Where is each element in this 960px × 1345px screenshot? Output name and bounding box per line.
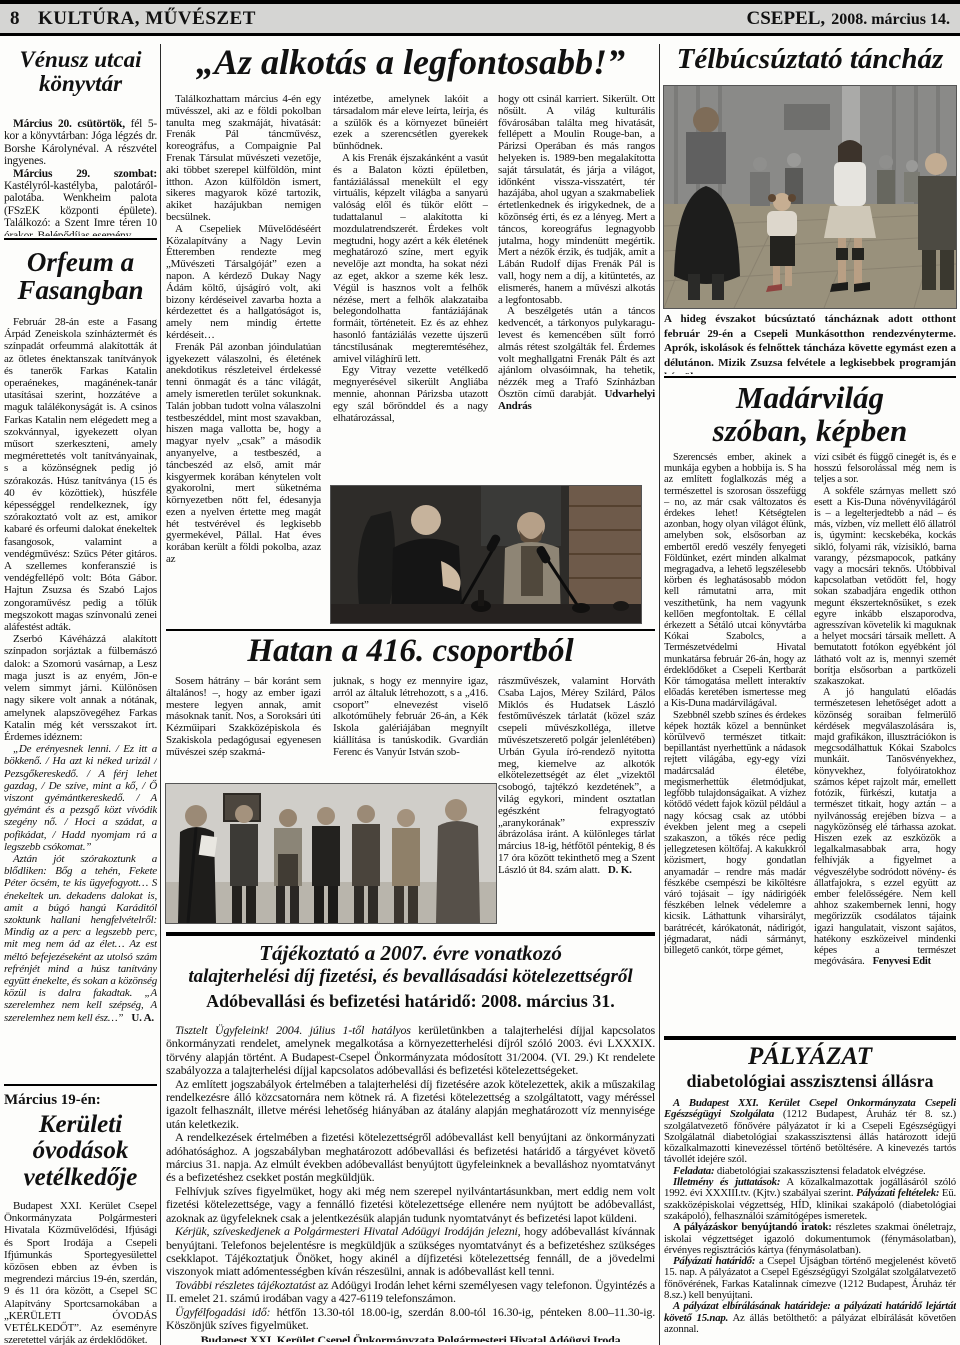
article-paragraph: Szebbnél szebb színes és érdekes képek h… — [664, 710, 806, 956]
closing-line: Köszönjük szíves figyelmüket. — [166, 1318, 309, 1332]
birdworld-title-line1: Madárvilág — [736, 380, 884, 415]
rule-thick — [664, 1036, 956, 1040]
newspaper-page: 8KULTÚRA, MŰVÉSZET CSEPEL,2008. március … — [0, 0, 960, 1345]
tax-deadline-subtitle: Adóbevallási és befizetési határidő: 200… — [166, 992, 655, 1011]
main-article-col2: intézetbe, amelynek lakóit a társadalom … — [333, 94, 488, 476]
notice-paragraph: Felhívjuk szíves figyelmüket, hogy aki m… — [166, 1185, 655, 1225]
dancehouse-photo — [664, 86, 956, 308]
job-lead: Pályázati feltételek: — [856, 1187, 939, 1199]
orfeum-quote: „De erényesnek lenni. / Ez itt a bökkenő… — [4, 743, 157, 853]
ovodasok-title-line2: óvodások — [33, 1137, 129, 1164]
job-lead: A pályázáskor benyújtandó iratok: — [673, 1221, 832, 1233]
job-ad-body: A Budapest XXI. Kerület Csepel Önkormány… — [664, 1098, 956, 1345]
notice-paragraph: A rendelkezések értelmében a fizetési kö… — [166, 1131, 655, 1185]
rule — [166, 629, 655, 631]
tax-office-signature: Budapest XXI. Kerület Csepel Önkormányza… — [166, 1334, 655, 1342]
section-title: 8KULTÚRA, MŰVÉSZET — [10, 8, 256, 30]
article-paragraph: Szerencsés ember, akinek a munkája egybe… — [664, 452, 806, 710]
article-paragraph: A beszélgetés után a táncos kedvencét, a… — [498, 305, 655, 400]
hatan-col2: juknak, s hogy ez mennyire igaz, arról a… — [333, 676, 488, 774]
ovodasok-title-line1: Kerületi — [39, 1111, 122, 1138]
orfeum-paragraph: Február 28-án este a Fasang Árpád Zeneis… — [4, 316, 157, 633]
rule-thick — [166, 932, 655, 936]
event-text-2: Kastélyról-kastélyba, palotáról-palotába… — [4, 180, 157, 236]
job-ad-title-line1: PÁLYÁZAT — [664, 1044, 956, 1070]
article-paragraph: Frenák Pál azonban jóindulatúan igyekeze… — [166, 342, 321, 566]
orfeum-body: Február 28-án este a Fasang Árpád Zeneis… — [4, 316, 157, 1078]
article-paragraph: Sosem hátrány – bár koránt sem általános… — [166, 676, 321, 759]
office-hours-label: Ügyfélfogadási idő: — [175, 1305, 270, 1319]
ovodasok-title-line3: vetélkedője — [24, 1164, 138, 1191]
event-date-1: Március 20. csütörtök, — [13, 118, 125, 130]
orfeum-paragraph: Aztán jót szórakoztunk a blődliken: Bőg … — [4, 853, 157, 1024]
orfeum-title: Orfeum a Fasangban — [4, 248, 157, 305]
page-number: 8 — [10, 8, 20, 29]
page-header: 8KULTÚRA, MŰVÉSZET CSEPEL,2008. március … — [0, 0, 960, 36]
article-paragraph: A kis Frenák éjszakánként a vasút és a B… — [333, 153, 488, 365]
notice-lead: További részletes tájékoztatást — [175, 1278, 315, 1292]
main-article-headline: „Az alkotás a legfontosabb!” — [166, 44, 655, 82]
article-paragraph: juknak, s hogy ez mennyire igaz, arról a… — [333, 676, 488, 759]
hatan-col1: Sosem hátrány – bár koránt sem általános… — [166, 676, 321, 774]
tax-notice-body: Tisztelt Ügyfeleink! 2004. július 1-től … — [166, 1024, 655, 1342]
dancehouse-caption: A hideg évszakot búcsúztató táncháznak a… — [664, 312, 956, 374]
birdworld-col1: Szerencsés ember, akinek a munkája egybe… — [664, 452, 806, 1030]
rule — [664, 376, 956, 378]
ovodasok-title: Kerületi óvodások vetélkedője — [4, 1112, 157, 1191]
tax-notice-title-line2: talajterhelési díj fizetési, és bevallás… — [166, 967, 655, 987]
notice-paragraph: Az említett jogszabályok értelmében a ta… — [166, 1078, 655, 1132]
birdworld-title: Madárvilág szóban, képben — [664, 382, 956, 447]
job-ad-title-line2: diabetológiai asszisztensi állásra — [664, 1072, 956, 1091]
venusz-library-title: Vénusz utcai könyvtár — [4, 48, 157, 96]
column-divider-left — [160, 44, 161, 1345]
notice-lead: Kérjük, szíveskedjenek a Polgármesteri H… — [175, 1224, 520, 1238]
rule — [4, 1084, 157, 1086]
section-label: KULTÚRA, MŰVÉSZET — [38, 8, 256, 29]
salutation: Tisztelt Ügyfeleink! 2004. július 1-től … — [175, 1024, 411, 1037]
main-article-col1: Találkozhattam március 4-én egy művéssze… — [166, 94, 321, 612]
orfeum-paragraph: Zserbó Kávéházzá alakított színpadon sor… — [4, 633, 157, 743]
article-paragraph: rászművészek, valamint Horváth Csaba Laj… — [498, 676, 655, 876]
job-lead: Feladata: — [673, 1165, 714, 1177]
tax-notice-title-line1: Tájékoztató a 2007. évre vonatkozó — [166, 942, 655, 964]
issue-date: 2008. március 14. — [831, 11, 950, 28]
venusz-library-body: Március 20. csütörtök, fél 5-kor a könyv… — [4, 118, 157, 236]
article-paragraph: intézetbe, amelynek lakóit a társadalom … — [333, 94, 488, 153]
job-lead: Pályázati határidő: — [673, 1255, 755, 1267]
ovodasok-kicker: Március 19-én: — [4, 1092, 157, 1109]
masthead-title: CSEPEL, — [747, 8, 826, 29]
author-initials: U. A. — [123, 1012, 154, 1024]
main-article-col3: hogy ott csinál karriert. Sikerült. Ott … — [498, 94, 655, 476]
job-paragraph: diabetológiai szakasszisztensi feladatok… — [717, 1165, 926, 1177]
event-date-2: Március 29. szombat: — [13, 168, 157, 180]
article-paragraph: vízi csibét és függő cinegét is, és e ho… — [814, 452, 956, 486]
ovodasok-body: Budapest XXI. Kerület Csepel Önkormányza… — [4, 1200, 157, 1345]
column-divider-right — [659, 44, 660, 1345]
hatan-col3: rászművészek, valamint Horváth Csaba Laj… — [498, 676, 655, 922]
article-paragraph: A sokféle szárnyas mellett szó esett a K… — [814, 486, 956, 688]
dancehouse-title: Télbúcsúztató táncház — [664, 44, 956, 74]
dancehouse-photo-graphic — [664, 86, 956, 308]
interview-photo — [331, 486, 641, 623]
author-name: Fenyvesi Edit — [865, 956, 931, 967]
ovodasok-paragraph: Budapest XXI. Kerület Csepel Önkormányza… — [4, 1200, 157, 1345]
birdworld-col2: vízi csibét és függő cinegét is, és e ho… — [814, 452, 956, 1030]
article-paragraph: Egy Vitray vezette vetélkedő megnyerésév… — [333, 365, 488, 424]
job-lead: Illetmény és juttatások: — [673, 1176, 780, 1188]
exhibition-photo-graphic — [166, 784, 496, 923]
article-paragraph: A Csepeliek Művelődéséért Közalapítvány … — [166, 224, 321, 342]
exhibition-group-photo — [166, 784, 496, 923]
hatan-headline: Hatan a 416. csoportból — [166, 634, 655, 669]
interview-photo-graphic — [331, 486, 641, 623]
rule — [4, 238, 157, 240]
office-hours: hétfőn 13.30-tól 18.00-ig, szerdán 8.00-… — [277, 1305, 655, 1319]
article-paragraph: hogy ott csinál karriert. Sikerült. Ott … — [498, 94, 655, 306]
birdworld-title-line2: szóban, képben — [713, 413, 908, 448]
article-paragraph: Találkozhattam március 4-én egy művéssze… — [166, 94, 321, 224]
author-initials: D. K. — [600, 864, 632, 876]
masthead-date: CSEPEL,2008. március 14. — [747, 8, 950, 30]
article-paragraph: A jó hangulatú előadás természetesen leh… — [814, 687, 956, 967]
